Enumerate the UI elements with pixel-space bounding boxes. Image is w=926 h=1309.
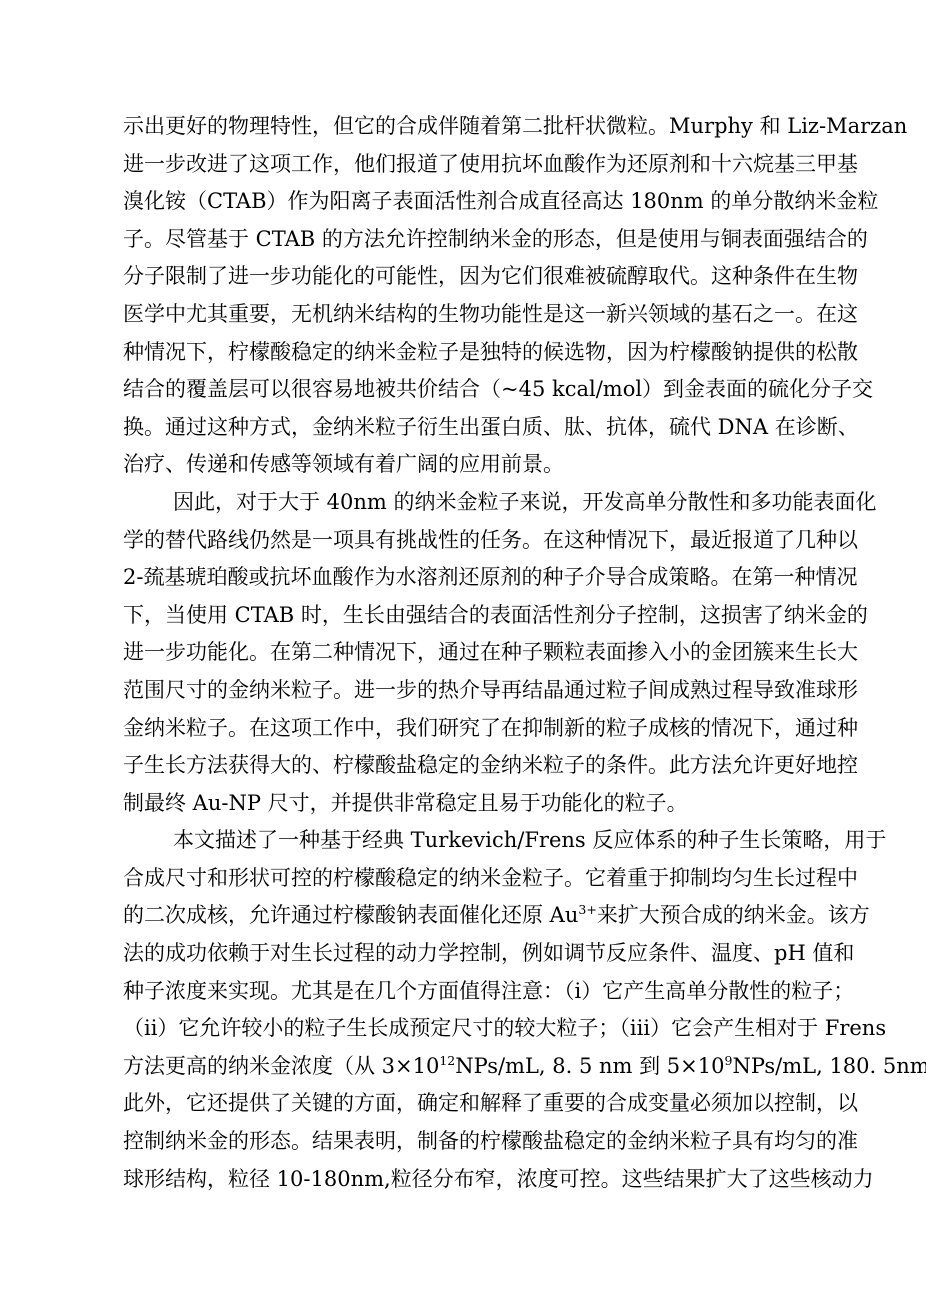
text-line: 进一步功能化。在第二种情况下，通过在种子颗粒表面掺入小的金团簇来生长大 [123,634,816,672]
text-line: 2-巯基琥珀酸或抗坏血酸作为水溶剂还原剂的种子介导合成策略。在第一种情况 [123,559,816,597]
superscript-text: 3+ [578,902,596,917]
text-line: 的二次成核，允许通过柠檬酸钠表面催化还原 Au3+来扩大预合成的纳米金。该方 [123,897,816,935]
text-line: 范围尺寸的金纳米粒子。进一步的热介导再结晶通过粒子间成熟过程导致准球形 [123,672,816,710]
text-line: 示出更好的物理特性，但它的合成伴随着第二批杆状微粒。Murphy 和 Liz-M… [123,108,816,146]
text-line: 球形结构，粒径 10-180nm,粒径分布窄，浓度可控。这些结果扩大了这些核动力 [123,1161,816,1199]
text-line: 方法更高的纳米金浓度（从 3×1012NPs/mL, 8. 5 nm 到 5×1… [123,1048,816,1086]
text-line: 控制纳米金的形态。结果表明，制备的柠檬酸盐稳定的金纳米粒子具有均匀的准 [123,1123,816,1161]
text-line: 子生长方法获得大的、柠檬酸盐稳定的金纳米粒子的条件。此方法允许更好地控 [123,747,816,785]
text-line: 金纳米粒子。在这项工作中，我们研究了在抑制新的粒子成核的情况下，通过种 [123,710,816,748]
text-line: （ii）它允许较小的粒子生长成预定尺寸的较大粒子；（iii）它会产生相对于 Fr… [123,1010,816,1048]
text-line: 结合的覆盖层可以很容易地被共价结合（~45 kcal/mol）到金表面的硫化分子… [123,371,816,409]
text-line: 学的替代路线仍然是一项具有挑战性的任务。在这种情况下，最近报道了几种以 [123,522,816,560]
text-line: 合成尺寸和形状可控的柠檬酸稳定的纳米金粒子。它着重于抑制均匀生长过程中 [123,860,816,898]
paragraph-3: 本文描述了一种基于经典 Turkevich/Frens 反应体系的种子生长策略，… [123,822,816,1198]
text-line: 法的成功依赖于对生长过程的动力学控制，例如调节反应条件、温度、pH 值和 [123,935,816,973]
paragraph-1: 示出更好的物理特性，但它的合成伴随着第二批杆状微粒。Murphy 和 Liz-M… [123,108,816,484]
text-line: 治疗、传递和传感等领域有着广阔的应用前景。 [123,446,816,484]
text-line: 溴化铵（CTAB）作为阳离子表面活性剂合成直径高达 180nm 的单分散纳米金粒 [123,183,816,221]
text-line: 子。尽管基于 CTAB 的方法允许控制纳米金的形态，但是使用与铜表面强结合的 [123,221,816,259]
text-line: 制最终 Au-NP 尺寸，并提供非常稳定且易于功能化的粒子。 [123,785,816,823]
superscript-text: 9 [724,1053,732,1068]
text-block: 示出更好的物理特性，但它的合成伴随着第二批杆状微粒。Murphy 和 Liz-M… [123,108,816,1198]
superscript-text: 12 [439,1053,455,1068]
text-line: 种子浓度来实现。尤其是在几个方面值得注意：（i）它产生高单分散性的粒子； [123,973,816,1011]
document-page: 示出更好的物理特性，但它的合成伴随着第二批杆状微粒。Murphy 和 Liz-M… [0,0,926,1309]
text-line: 因此，对于大于 40nm 的纳米金粒子来说，开发高单分散性和多功能表面化 [123,484,816,522]
text-line: 进一步改进了这项工作，他们报道了使用抗坏血酸作为还原剂和十六烷基三甲基 [123,146,816,184]
text-line: 下，当使用 CTAB 时，生长由强结合的表面活性剂分子控制，这损害了纳米金的 [123,597,816,635]
text-line: 本文描述了一种基于经典 Turkevich/Frens 反应体系的种子生长策略，… [123,822,816,860]
text-line: 分子限制了进一步功能化的可能性，因为它们很难被硫醇取代。这种条件在生物 [123,258,816,296]
text-line: 医学中尤其重要，无机纳米结构的生物功能性是这一新兴领域的基石之一。在这 [123,296,816,334]
text-line: 种情况下，柠檬酸稳定的纳米金粒子是独特的候选物，因为柠檬酸钠提供的松散 [123,334,816,372]
text-line: 换。通过这种方式，金纳米粒子衍生出蛋白质、肽、抗体，硫代 DNA 在诊断、 [123,409,816,447]
text-line: 此外，它还提供了关键的方面，确定和解释了重要的合成变量必须加以控制，以 [123,1085,816,1123]
paragraph-2: 因此，对于大于 40nm 的纳米金粒子来说，开发高单分散性和多功能表面化学的替代… [123,484,816,822]
